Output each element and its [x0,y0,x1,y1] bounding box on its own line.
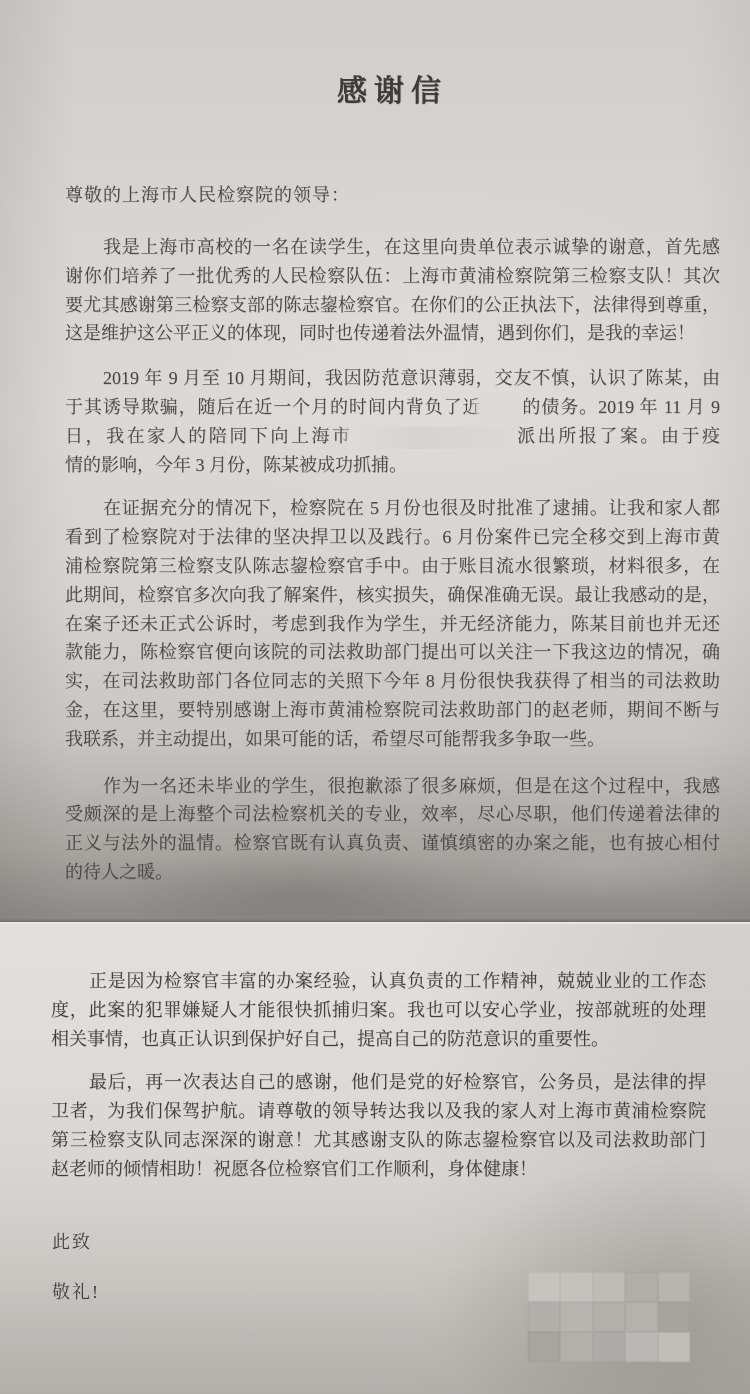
text-segment: 于其诱导欺骗，随后在近一个月的时间内背负了近 [65,397,481,417]
mosaic-cell [560,1332,592,1362]
text-line: 要尤其感谢第三检察支部的陈志鋆检察官。在你们的公正执法下，法律得到尊重， [65,291,720,320]
closing-salute: 敬礼! [52,1278,100,1304]
mosaic-cell [658,1302,690,1332]
text-line: 此期间，检察官多次向我了解案件，核实损失，确保准确无误。最让我感动的是， [65,581,720,610]
letter-page-top-photo: 感谢信 尊敬的上海市人民检察院的领导： 我是上海市高校的一名在读学生，在这里向贵… [0,0,750,922]
text-line: 于其诱导欺骗，随后在近一个月的时间内背负了近的债务。2019 年 11 月 9 [65,393,720,422]
text-line: 情的影响，今年 3 月份，陈某被成功抓捕。 [65,451,720,480]
text-line: 度，此案的犯罪嫌疑人才能很快抓捕归案。我也可以安心学业，按部就班的处理 [51,996,706,1025]
text-line: 日，我在家人的陪同下向上海市派出所报了案。由于疫 [65,422,720,451]
text-line: 在案子还未正式公诉时，考虑到我作为学生，并无经济能力，陈某目前也并无还 [65,610,720,639]
text-line: 金，在这里，要特别感谢上海市黄浦检察院司法救助部门的赵老师，期间不断与 [65,696,720,725]
text-line: 在证据充分的情况下，检察院在 5 月份也很及时批准了逮捕。让我和家人都 [65,494,720,523]
mosaic-cell [658,1272,690,1302]
mosaic-cell [625,1302,657,1332]
letter-page-bottom-photo: 正是因为检察官丰富的办案经验，认真负责的工作精神，兢兢业业的工作态度，此案的犯罪… [0,922,750,1394]
paragraph: 作为一名还未毕业的学生，很抱歉添了很多麻烦，但是在这个过程中，我感受颇深的是上海… [65,772,720,887]
blurred-location-redaction [353,427,515,449]
text-line: 2019 年 9 月至 10 月期间，我因防范意识薄弱，交友不慎，认识了陈某，由 [65,364,720,393]
text-line: 赵老师的倾情相助！祝愿各位检察官们工作顺利，身体健康！ [51,1155,706,1184]
text-line: 卫者，为我们保驾护航。请尊敬的领导转达我以及我的家人对上海市黄浦检察院 [51,1097,706,1126]
text-line: 最后，再一次表达自己的感谢，他们是党的好检察官，公务员，是法律的捍 [51,1068,706,1097]
paragraph: 最后，再一次表达自己的感谢，他们是党的好检察官，公务员，是法律的捍卫者，为我们保… [51,1068,706,1183]
text-segment: 日，我在家人的陪同下向上海市 [65,426,353,446]
text-line: 受颇深的是上海整个司法检察机关的专业，效率，尽心尽职，他们传递着法律的 [65,800,720,829]
text-line: 的待人之暖。 [65,858,720,887]
text-line: 款能力，陈检察官便向该院的司法救助部门提出可以关注一下我这边的情况，确 [65,638,720,667]
text-line: 我是上海市高校的一名在读学生，在这里向贵单位表示诚挚的谢意，首先感 [65,233,720,262]
text-line: 这是维护这公平正义的体现，同时也传递着法外温情，遇到你们，是我的幸运！ [65,319,720,348]
salutation-line: 尊敬的上海市人民检察院的领导： [65,181,350,207]
text-line: 谢你们培养了一批优秀的人民检察队伍：上海市黄浦检察院第三检察支队！其次 [65,262,720,291]
blurred-amount-redaction [481,398,521,420]
text-line: 正义与法外的温情。检察官既有认真负责、谨慎缜密的办案之能，也有披心相付 [65,829,720,858]
text-line: 我联系，并主动提出，如果可能的话，希望尽可能帮我多争取一些。 [65,725,720,754]
pixelated-signature-redaction [528,1272,690,1362]
text-line: 看到了检察院对于法律的坚决捍卫以及践行。6 月份案件已完全移交到上海市黄 [65,523,720,552]
paragraph: 2019 年 9 月至 10 月期间，我因防范意识薄弱，交友不慎，认识了陈某，由… [65,364,720,479]
mosaic-cell [593,1332,625,1362]
body-paragraphs-page1: 我是上海市高校的一名在读学生，在这里向贵单位表示诚挚的谢意，首先感谢你们培养了一… [65,233,720,887]
mosaic-cell [593,1302,625,1332]
paragraph: 在证据充分的情况下，检察院在 5 月份也很及时批准了逮捕。让我和家人都看到了检察… [65,494,720,753]
paragraph: 正是因为检察官丰富的办案经验，认真负责的工作精神，兢兢业业的工作态度，此案的犯罪… [51,967,706,1053]
mosaic-cell [528,1272,560,1302]
text-line: 浦检察院第三检察支队陈志鋆检察官手中。由于账目流水很繁琐，材料很多，在 [65,552,720,581]
text-segment: 派出所报了案。由于疫 [515,426,720,446]
text-line: 实，在司法救助部门各位同志的关照下今年 8 月份很快我获得了相当的司法救助 [65,667,720,696]
mosaic-cell [593,1272,625,1302]
letter-photograph: 感谢信 尊敬的上海市人民检察院的领导： 我是上海市高校的一名在读学生，在这里向贵… [0,0,750,1394]
closing-phrase: 此致 [52,1228,92,1254]
text-line: 正是因为检察官丰富的办案经验，认真负责的工作精神，兢兢业业的工作态 [51,967,706,996]
text-segment: 的债务。2019 年 11 月 9 [521,397,720,417]
letter-title: 感谢信 [65,74,720,110]
text-line: 第三检察支队同志深深的谢意！尤其感谢支队的陈志鋆检察官以及司法救助部门 [51,1126,706,1155]
mosaic-cell [625,1272,657,1302]
body-paragraphs-page2: 正是因为检察官丰富的办案经验，认真负责的工作精神，兢兢业业的工作态度，此案的犯罪… [51,967,706,1184]
mosaic-cell [528,1302,560,1332]
text-line: 相关事情，也真正认识到保护好自己，提高自己的防范意识的重要性。 [51,1025,706,1054]
mosaic-cell [658,1332,690,1362]
paragraph: 我是上海市高校的一名在读学生，在这里向贵单位表示诚挚的谢意，首先感谢你们培养了一… [65,233,720,348]
text-line: 作为一名还未毕业的学生，很抱歉添了很多麻烦，但是在这个过程中，我感 [65,772,720,801]
mosaic-cell [560,1302,592,1332]
mosaic-cell [625,1332,657,1362]
mosaic-cell [528,1332,560,1362]
mosaic-cell [560,1272,592,1302]
